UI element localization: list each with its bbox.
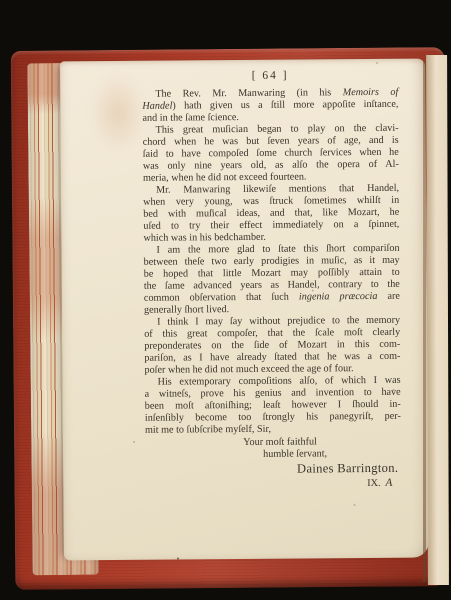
text-line: common obſervation that ſuch ingenia præ… (144, 291, 400, 305)
text-segment: between theſe two early prodigies in muſ… (144, 255, 400, 268)
text-segment: Mr. Manwaring likewiſe mentions that Han… (156, 183, 399, 196)
text-segment: I am the more glad to ſtate this ſhort c… (156, 243, 399, 256)
text-segment: inſenſibly become too ſtrongly his paneg… (145, 411, 401, 424)
text-segment: This great muſician began to play on the… (156, 123, 399, 136)
paper-speckle (133, 441, 135, 443)
text-segment: His extemporary compoſitions alſo, of wh… (158, 375, 401, 388)
text-segment: preponderates on the ſide of Mozart in t… (144, 339, 400, 352)
signature-name: Daines Barrington. (145, 461, 401, 478)
text-segment: ingenia præcocia (299, 291, 378, 303)
text-segment: chord when he was but ſeven years of age… (143, 135, 399, 148)
text-segment: be hoped that little Mozart may poſſibly… (144, 267, 400, 280)
signature-mark-letter: A (380, 477, 392, 489)
paper-speckle (177, 558, 179, 560)
text-segment: the ſame advanced years as Handel, contr… (144, 279, 400, 292)
text-line: mit me to ſubſcribe myſelf, Sir, (145, 423, 401, 437)
text-segment: pariſon, as I have already ſtated that h… (144, 351, 400, 364)
text-segment: common obſervation that ſuch (144, 292, 299, 304)
body-paragraphs: The Rev. Mr. Manwaring (in his Memoirs o… (142, 87, 401, 437)
text-segment: mit me to ſubſcribe myſelf, Sir, (145, 424, 271, 436)
text-segment: when very young, was ſtruck ſometimes wh… (143, 195, 399, 208)
text-segment: are (377, 291, 400, 302)
paper-speckle (354, 504, 356, 506)
book-page: [ 64 ] The Rev. Mr. Manwaring (in his Me… (60, 59, 429, 561)
text-segment: which was in his bedchamber. (143, 232, 266, 244)
text-segment: was only nine years old, as alſo the ope… (143, 159, 399, 172)
text-segment: generally ſhort lived. (144, 304, 229, 316)
text-segment: bed with muſical ideas, and that, like M… (143, 207, 399, 220)
text-line: inſenſibly become too ſtrongly his paneg… (145, 411, 401, 425)
text-segment: meria, when he did not exceed fourteen. (143, 172, 307, 184)
paper-speckle (376, 62, 378, 64)
text-segment: of this great compoſer, that the ſcale m… (144, 327, 400, 340)
text-line: Handel) hath given us a ſtill more appoſ… (142, 99, 398, 113)
text-segment: Handel (142, 101, 172, 112)
text-line: uſed to try their effect immediately on … (143, 219, 399, 233)
text-line: pariſon, as I have already ſtated that h… (144, 351, 400, 365)
gutter-shadow (423, 60, 426, 582)
valediction-line-2: humble ſervant, (145, 448, 401, 462)
text-segment: The Rev. Mr. Manwaring (in his (155, 87, 342, 99)
text-segment: been moſt aſtoniſhing; leaſt however I ſ… (145, 399, 401, 412)
text-segment: uſed to try their effect immediately on … (143, 219, 399, 232)
text-segment: Memoirs of (343, 87, 399, 98)
closing-block: Your moſt faithful humble ſervant, Daine… (145, 436, 401, 492)
facing-page-edge (426, 55, 449, 585)
page-text: [ 64 ] The Rev. Mr. Manwaring (in his Me… (142, 67, 401, 492)
text-segment: and in the ſame ſcience. (142, 112, 239, 124)
text-segment: I think I may ſay without prejudice to t… (157, 315, 400, 328)
text-segment: ) hath given us a ſtill more appoſite in… (172, 99, 398, 112)
text-line: was only nine years old, as alſo the ope… (143, 159, 399, 173)
page-number: [ 64 ] (142, 67, 398, 85)
text-segment: a witneſs, prove his genius and inventio… (145, 387, 401, 400)
signature-mark-roman: IX. (367, 478, 380, 489)
text-segment: poſer when he did not much exceed the ag… (144, 363, 353, 376)
signature-mark: IX.A (145, 477, 401, 492)
foxing-stain (90, 73, 146, 153)
text-segment: ſaid to have compoſed ſome church ſervic… (143, 147, 399, 160)
photo-background: [ 64 ] The Rev. Mr. Manwaring (in his Me… (0, 0, 451, 600)
